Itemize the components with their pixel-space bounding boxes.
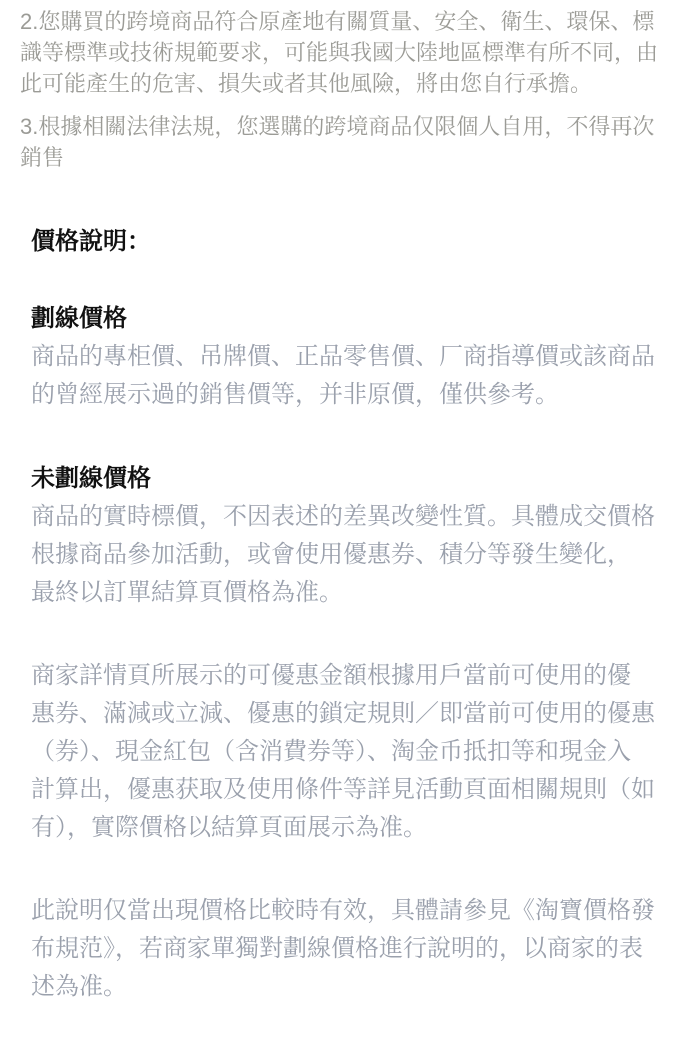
text-line: 商家詳情頁所展示的可優惠金額根據用戶當前可使用的優 [31,657,680,695]
non-strikethrough-price-heading: 未劃線價格 [31,460,680,498]
text-line: 述為准。 [31,968,680,1006]
text-line: 此可能產生的危害、損失或者其他風險，將由您自行承擔。 [20,68,682,99]
disclaimer-item-3: 3.根據相關法律法規，您選購的跨境商品仅限個人自用，不得再次銷售 [20,111,682,173]
text-line: 計算出，優惠获取及使用條件等詳見活動頁面相關規則（如 [31,771,680,809]
strikethrough-price-heading: 劃線價格 [31,300,680,338]
text-line: 識等標準或技術規範要求，可能與我國大陸地區標準有所不同，由 [20,37,682,68]
strikethrough-price-section: 劃線價格 商品的專柜價、吊牌價、正品零售價、厂商指導價或該商品的曾經展示過的銷售… [31,300,680,414]
text-line: 商品的實時標價，不因表述的差異改變性質。具體成交價格 [31,498,680,536]
non-strikethrough-price-section: 未劃線價格 商品的實時標價，不因表述的差異改變性質。具體成交價格根據商品參加活動… [31,460,680,612]
text-line: 布規范》，若商家單獨對劃線價格進行說明的，以商家的表 [31,930,680,968]
text-line: 最終以訂單結算頁價格為准。 [31,574,680,612]
text-line: 此說明仅當出現價格比較時有效，具體請參見《淘寶價格發 [31,892,680,930]
non-strikethrough-price-body: 商品的實時標價，不因表述的差異改變性質。具體成交價格根據商品參加活動，或會使用優… [31,498,680,612]
text-line: （券）、現金紅包（含消費券等）、淘金币抵扣等和現金入 [31,733,680,771]
disclaimer-item-2: 2.您購買的跨境商品符合原產地有關質量、安全、衛生、環保、標識等標準或技術規範要… [20,6,682,99]
text-line: 有），實際價格以結算頁面展示為准。 [31,809,680,847]
price-notice-title: 價格說明： [31,223,680,261]
text-line: 的曾經展示過的銷售價等，并非原價，僅供參考。 [31,376,680,414]
price-comparison-paragraph: 此說明仅當出現價格比較時有效，具體請參見《淘寶價格發布規范》，若商家單獨對劃線價… [31,892,680,1006]
text-line: 惠券、滿減或立減、優惠的鎖定規則／即當前可使用的優惠 [31,695,680,733]
text-line: 3.根據相關法律法規，您選購的跨境商品仅限個人自用，不得再次 [20,111,682,142]
text-line: 根據商品參加活動，或會使用優惠券、積分等發生變化， [31,536,680,574]
discount-calculation-paragraph: 商家詳情頁所展示的可優惠金額根據用戶當前可使用的優惠券、滿減或立減、優惠的鎖定規… [31,657,680,847]
strikethrough-price-body: 商品的專柜價、吊牌價、正品零售價、厂商指導價或該商品的曾經展示過的銷售價等，并非… [31,338,680,414]
text-line: 2.您購買的跨境商品符合原產地有關質量、安全、衛生、環保、標 [20,6,682,37]
cross-border-disclaimer: 2.您購買的跨境商品符合原產地有關質量、安全、衛生、環保、標識等標準或技術規範要… [0,0,700,173]
text-line: 商品的專柜價、吊牌價、正品零售價、厂商指導價或該商品 [31,338,680,376]
text-line: 銷售 [20,142,682,173]
price-notice: 價格說明： 劃線價格 商品的專柜價、吊牌價、正品零售價、厂商指導價或該商品的曾經… [0,223,700,1006]
